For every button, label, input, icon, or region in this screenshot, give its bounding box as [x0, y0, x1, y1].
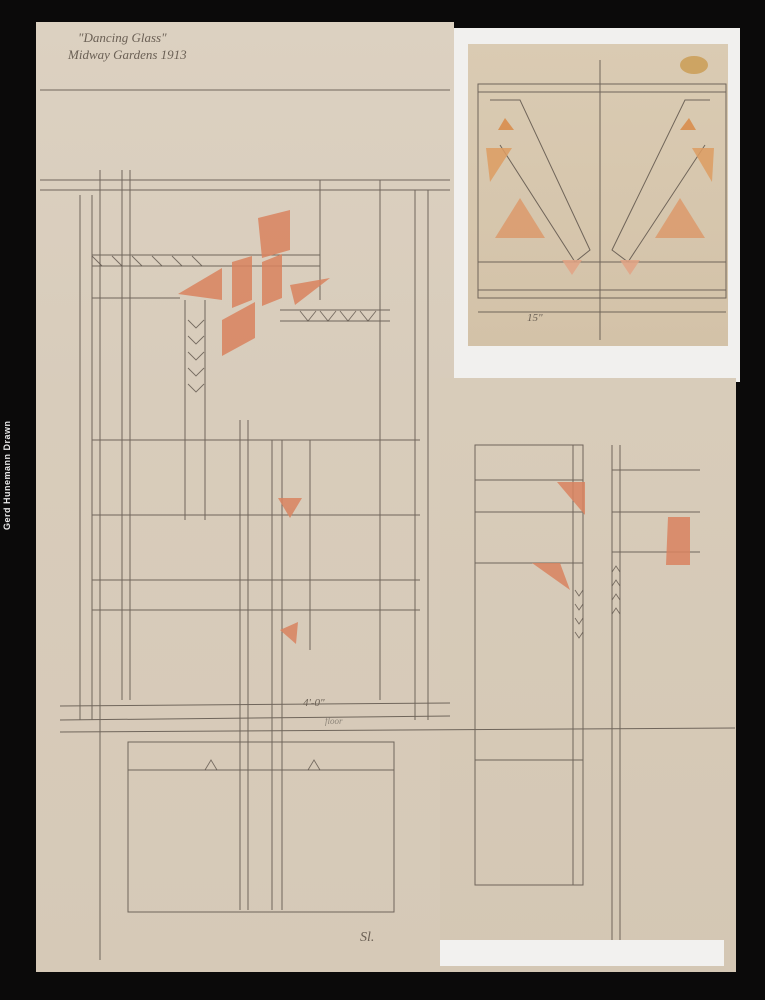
title-annotation-line-2: Midway Gardens 1913 — [68, 47, 187, 63]
dimension-label-inset: 15" — [527, 312, 543, 324]
signature: Sl. — [360, 930, 374, 946]
title-annotation-line-1: "Dancing Glass" — [78, 30, 167, 46]
dimension-label-main: 4'-0" — [303, 697, 325, 709]
floor-label: floor — [325, 716, 343, 726]
drawing-linework — [0, 0, 765, 1000]
